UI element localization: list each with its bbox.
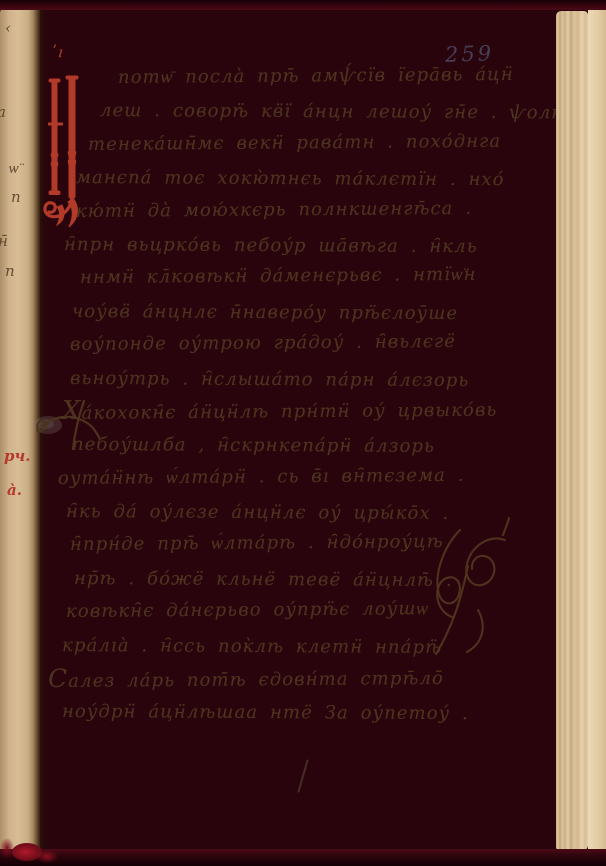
pen-flourish-left <box>32 397 100 453</box>
manuscript-page: 259 ʹı потѡ̄ посла̀ прѣ̄ амѱ́сїв їера̄вь <box>40 9 556 851</box>
manuscript-line: потѡ̄ посла̀ прѣ̄ амѱ́сїв їера̄вь а́цн̈ <box>118 58 545 95</box>
edge-text-fragment: а <box>0 103 6 121</box>
manuscript-line: Ха́кохокн̑є а́н̈цн̈лѣ прн́тн̈ оу́ црвыко… <box>62 391 545 428</box>
manuscript-line: ноу́дрн̈ а́цн̈лѣшаа нтё За оу́петоу́ . <box>62 695 545 731</box>
fore-edge-page-stack <box>556 11 588 851</box>
red-tick-marks: ʹı <box>51 42 66 62</box>
red-wax-daub <box>0 838 14 858</box>
manuscript-line: тенека́шн̄мє векн̈ рава́тн . похо́днга <box>88 124 545 161</box>
manuscript-line: воу́понде оу́трою гра́доу́ . н̑вьлєгё <box>70 324 545 361</box>
edge-text-fragment: ‹ <box>5 19 11 37</box>
manuscript-line: кю́тн̈ да̀ мою́хкєрь полнкшенгѣ̄са . <box>76 191 545 228</box>
underlying-page-edge <box>588 7 606 852</box>
scratch-mark <box>297 759 308 792</box>
red-wax-daub <box>36 850 58 863</box>
manuscript-line: оута́н̈нѣ ѡ́лта́рн̈ . сь в̄ı вн̑тєзема . <box>58 458 545 495</box>
red-marginal-mark: рч. <box>4 447 30 465</box>
manuscript-line: ннмн̈ кл̄ковѣкн̈ да́менєрьвє . нтїѡ̈н <box>80 258 545 295</box>
book-cover-bottom-edge <box>0 849 606 866</box>
manuscript-photo: ‹ а ѡ̈ п н̄ п рч. а̀. 259 ʹı <box>0 0 606 866</box>
edge-text-fragment: п <box>5 262 15 280</box>
book-cover-top-edge <box>0 0 606 10</box>
edge-text-fragment: ѡ̈ <box>9 159 19 178</box>
pen-monogram-flourish <box>408 514 516 666</box>
edge-text-fragment: п <box>11 188 21 206</box>
edge-text-fragment: н̄ <box>0 232 8 250</box>
red-marginal-mark: а̀. <box>7 481 22 499</box>
